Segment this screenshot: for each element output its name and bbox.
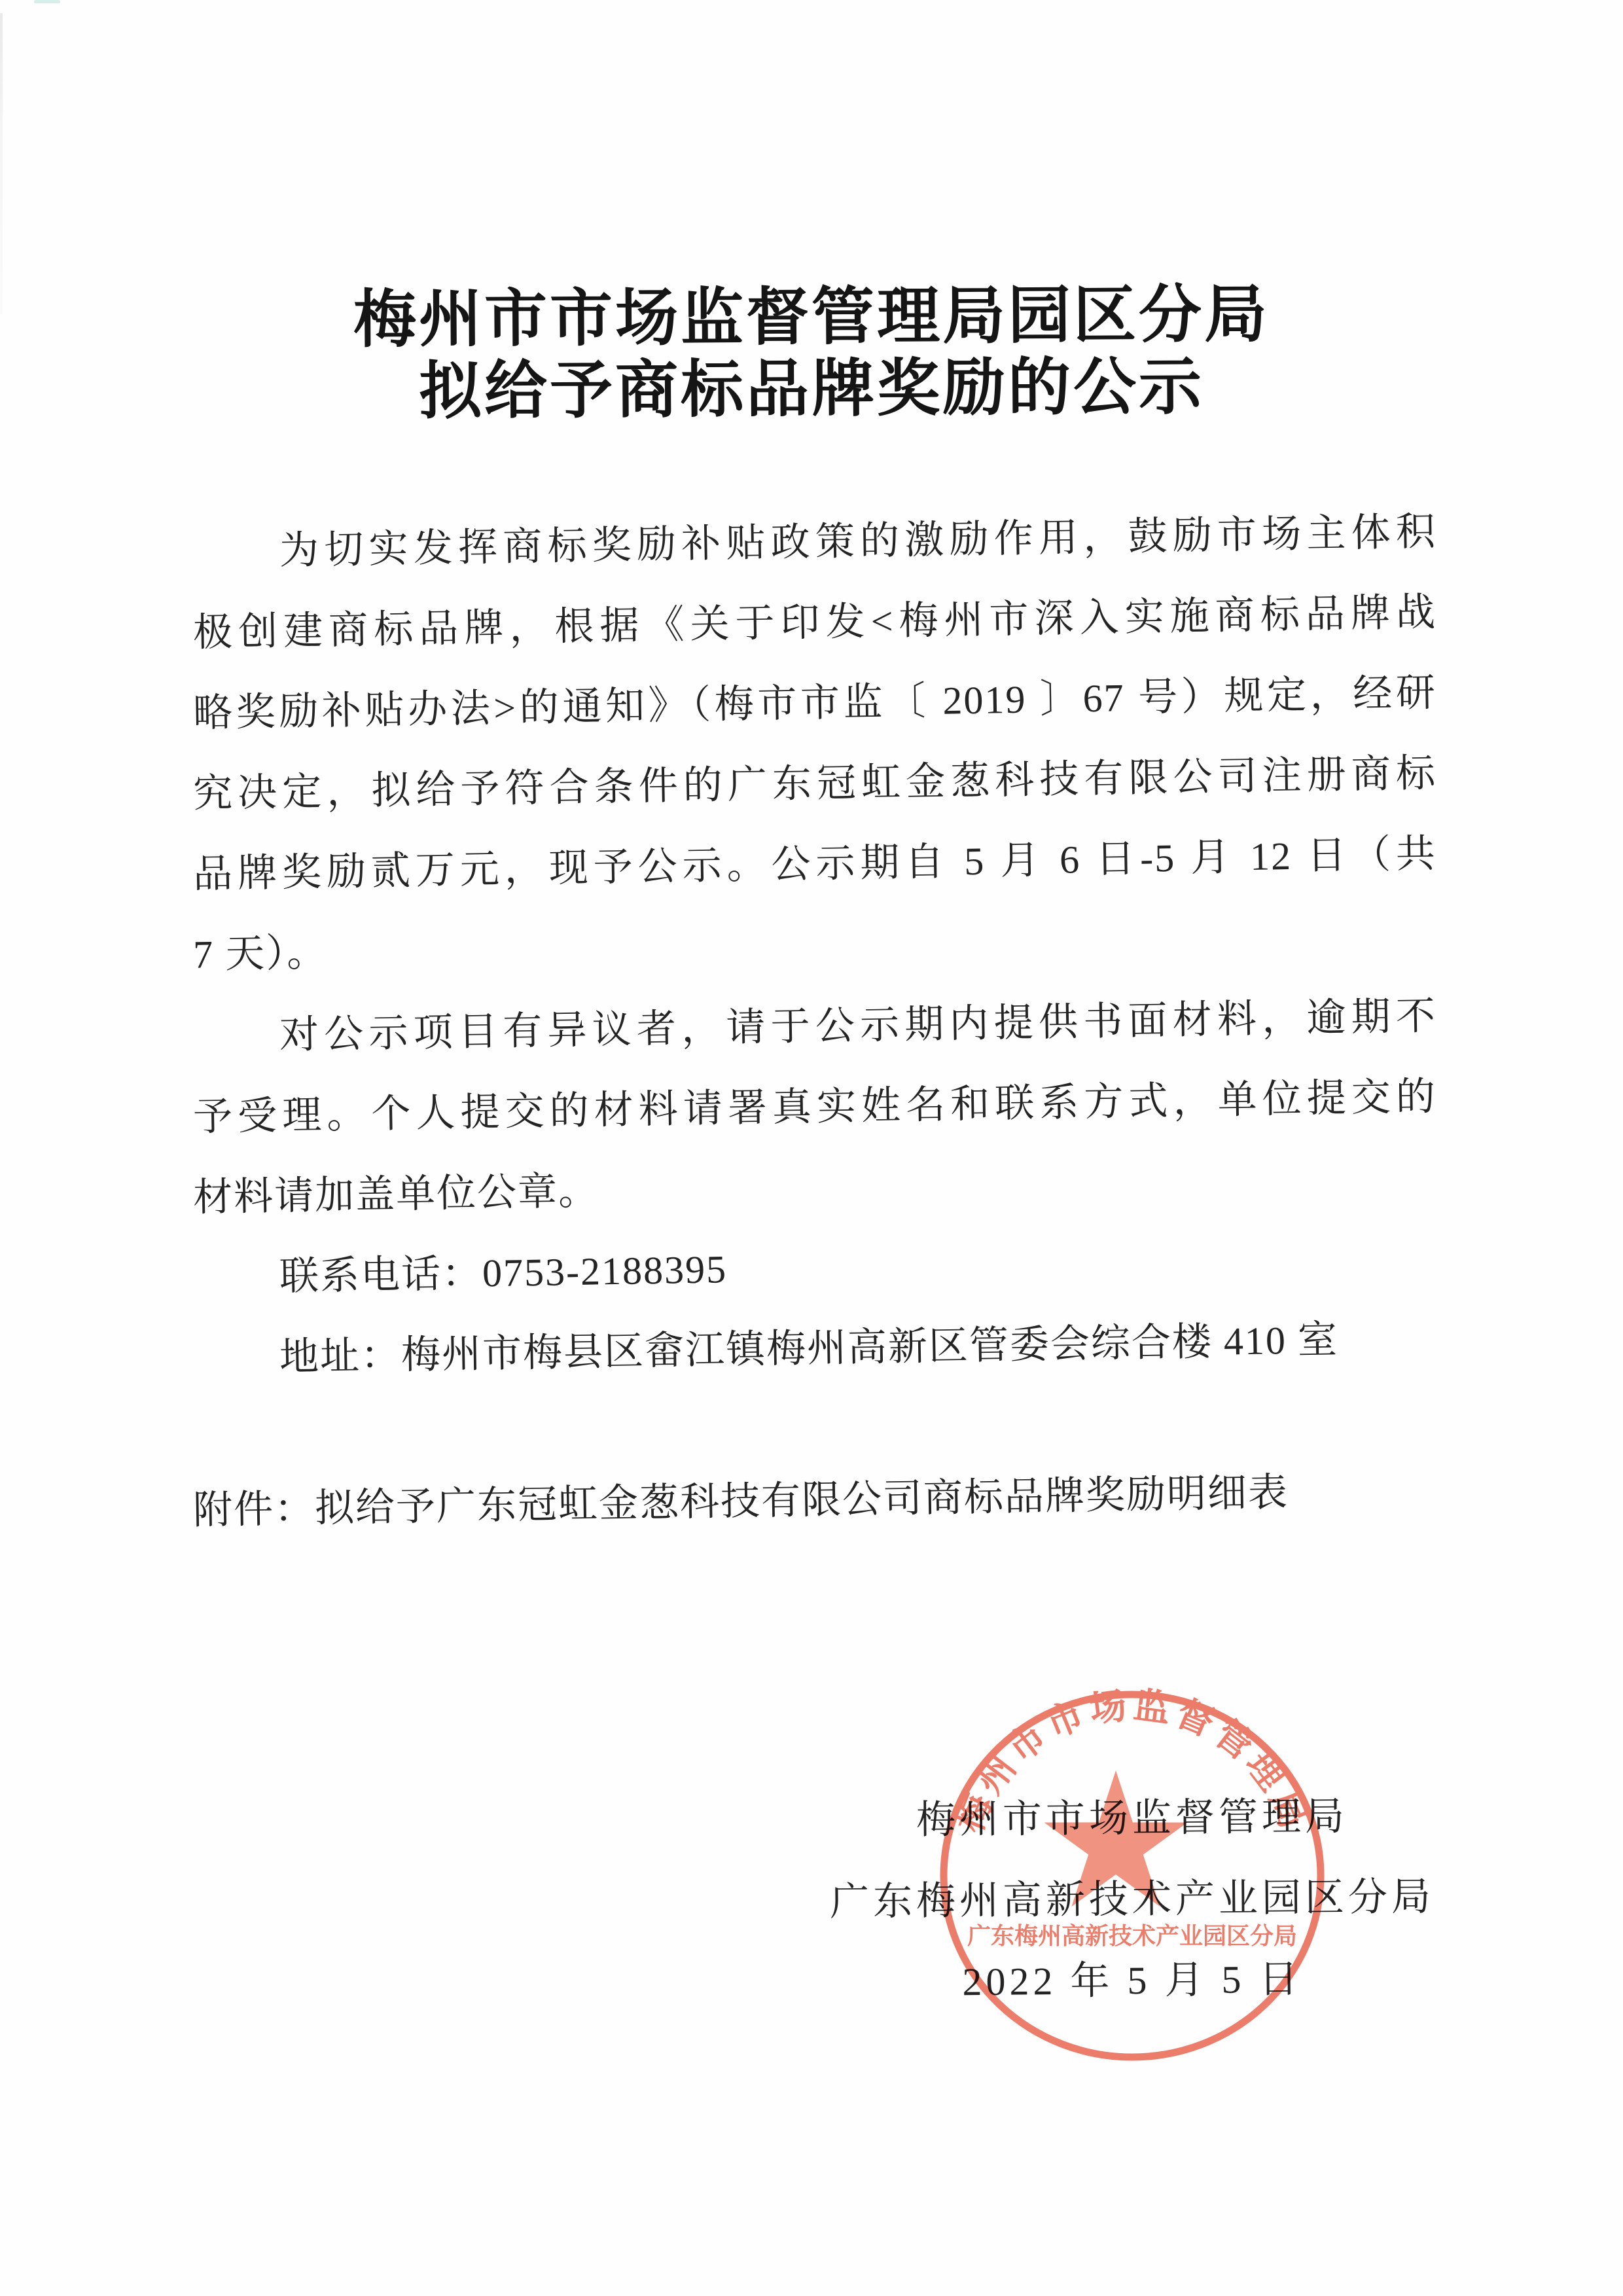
scan-speck-artifact: [34, 0, 60, 3]
body-line: 予受理。个人提交的材料请署真实姓名和联系方式，单位提交的: [193, 1075, 1437, 1138]
body-line: 7 天）。: [193, 913, 1437, 976]
body-line: 品牌奖励贰万元，现予公示。公示期自 5 月 6 日-5 月 12 日（共: [193, 833, 1437, 895]
body-line: 材料请加盖单位公章。: [193, 1156, 1437, 1219]
body-line: 极创建商标品牌，根据《关于印发<梅州市深入实施商标品牌战: [193, 591, 1437, 654]
address-line: 地址：梅州市梅县区畲江镇梅州高新区管委会综合楼 410 室: [193, 1317, 1437, 1380]
body-line: 究决定，拟给予符合条件的广东冠虹金葱科技有限公司注册商标: [193, 752, 1437, 815]
document-title-line2: 拟给予商标品牌奖励的公示: [0, 353, 1623, 425]
scan-edge-artifact: [0, 13, 3, 314]
contact-phone-line: 联系电话：0753-2188395: [193, 1236, 1437, 1299]
official-seal-stamp: 梅州市市场监督管理局 广东梅州高新技术产业园区分局: [923, 1673, 1342, 2079]
body-line: 对公示项目有异议者，请于公示期内提供书面材料，逾期不: [193, 995, 1437, 1058]
document-page: 梅州市市场监督管理局园区分局 拟给予商标品牌奖励的公示 为切实发挥商标奖励补贴政…: [0, 0, 1623, 2296]
red-star-icon: [1044, 1770, 1188, 1907]
attachment-line: 附件：拟给予广东冠虹金葱科技有限公司商标品牌奖励明细表: [193, 1469, 1437, 1532]
seal-arc-text: 梅州市市场监督管理局: [948, 1684, 1316, 1839]
document-title-line1: 梅州市市场监督管理局园区分局: [0, 281, 1623, 353]
body-line: 略奖励补贴办法>的通知》（梅市市监〔 2019 〕67 号）规定，经研: [193, 672, 1437, 734]
svg-text:梅州市市场监督管理局: 梅州市市场监督管理局: [948, 1684, 1316, 1839]
seal-bottom-text: 广东梅州高新技术产业园区分局: [967, 1922, 1297, 1949]
body-line: 为切实发挥商标奖励补贴政策的激励作用，鼓励市场主体积: [193, 511, 1437, 573]
